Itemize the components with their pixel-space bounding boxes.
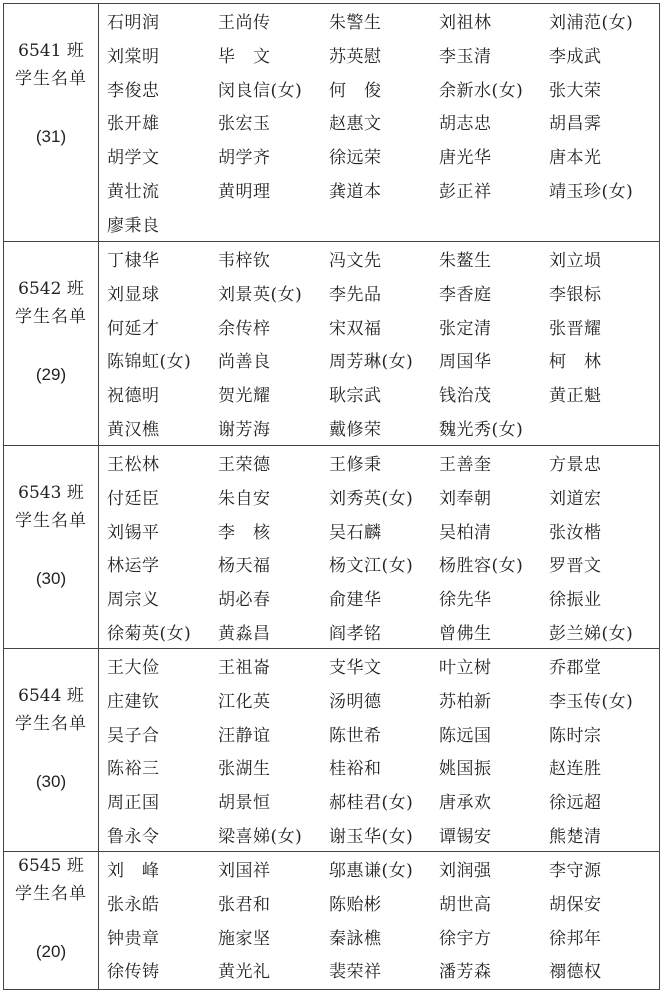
class-label-cell: 6544 班 学生名单 (30)	[4, 649, 99, 851]
class-section-6544: 6544 班 学生名单 (30) 王大俭王祖崙支华文叶立树乔郡堂庄建钦江化英汤明…	[4, 649, 659, 852]
student-name: 谢玉华(女)	[329, 821, 439, 855]
student-count: (30)	[36, 565, 66, 593]
student-name: 陈裕三	[107, 753, 218, 787]
student-name: 钱治茂	[439, 380, 549, 414]
student-name: 胡昌霁	[549, 108, 663, 142]
student-name: 杨天福	[218, 550, 329, 584]
student-name: 李守源	[549, 855, 663, 889]
student-name: 刘棠明	[107, 41, 218, 75]
name-grid: 王松林王荣德王修秉王善奎方景忠付廷臣朱自安刘秀英(女)刘奉朝刘道宏刘锡平李 核吴…	[99, 446, 663, 648]
student-name: 周正国	[107, 787, 218, 821]
student-name: 苏柏新	[439, 686, 549, 720]
student-name: 李玉传(女)	[549, 686, 663, 720]
student-name: 王松林	[107, 449, 218, 483]
roster-title: 学生名单	[15, 507, 87, 535]
student-name: 乔郡堂	[549, 652, 663, 686]
student-count: (30)	[36, 768, 66, 796]
student-name: 魏光秀(女)	[439, 414, 549, 448]
student-name: 赵连胜	[549, 753, 663, 787]
student-name: 廖秉良	[107, 210, 218, 244]
student-name: 朱警生	[329, 7, 439, 41]
student-name: 姚国振	[439, 753, 549, 787]
student-name: 吴子合	[107, 720, 218, 754]
student-name: 李成武	[549, 41, 663, 75]
student-name: 黄正魁	[549, 380, 663, 414]
student-name: 杨胜容(女)	[439, 550, 549, 584]
student-name: 胡必春	[218, 584, 329, 618]
student-name: 朱自安	[218, 483, 329, 517]
student-name: 张汝楷	[549, 517, 663, 551]
student-name: 刘道宏	[549, 483, 663, 517]
student-name: 钟贵章	[107, 923, 218, 957]
roster-title: 学生名单	[15, 65, 87, 93]
student-count: (20)	[36, 938, 66, 966]
student-name: 俞建华	[329, 584, 439, 618]
student-name: 江化英	[218, 686, 329, 720]
student-name: 周国华	[439, 346, 549, 380]
student-name: 彭兰娣(女)	[549, 618, 663, 652]
student-name: 戴修荣	[329, 414, 439, 448]
student-name: 叶立树	[439, 652, 549, 686]
student-name: 黄淼昌	[218, 618, 329, 652]
student-name: 禤德权	[549, 956, 663, 990]
student-name: 祝德明	[107, 380, 218, 414]
student-name: 唐承欢	[439, 787, 549, 821]
student-name: 张宏玉	[218, 108, 329, 142]
name-grid: 刘 峰刘国祥邬惠谦(女)刘润强李守源张永皓张君和陈贻彬胡世高胡保安钟贵章施家坚秦…	[99, 852, 663, 989]
student-name: 周芳琳(女)	[329, 346, 439, 380]
student-name: 贺光耀	[218, 380, 329, 414]
student-name: 李玉清	[439, 41, 549, 75]
student-name: 胡学文	[107, 142, 218, 176]
student-name: 朱鳌生	[439, 245, 549, 279]
student-name: 赵惠文	[329, 108, 439, 142]
student-name: 王大俭	[107, 652, 218, 686]
student-name: 李俊忠	[107, 75, 218, 109]
student-name: 韦梓钦	[218, 245, 329, 279]
student-name: 徐振业	[549, 584, 663, 618]
class-section-6542: 6542 班 学生名单 (29) 丁棣华韦梓钦冯文先朱鳌生刘立埙刘显球刘景英(女…	[4, 242, 659, 446]
student-name: 胡志忠	[439, 108, 549, 142]
student-name: 徐邦年	[549, 923, 663, 957]
student-name: 刘秀英(女)	[329, 483, 439, 517]
student-name: 张君和	[218, 889, 329, 923]
student-name: 刘奉朝	[439, 483, 549, 517]
student-name: 苏英慰	[329, 41, 439, 75]
student-name: 杨文江(女)	[329, 550, 439, 584]
student-name: 刘润强	[439, 855, 549, 889]
student-name: 宋双福	[329, 313, 439, 347]
student-name: 谢芳海	[218, 414, 329, 448]
student-name: 龚道本	[329, 176, 439, 210]
student-name: 方景忠	[549, 449, 663, 483]
student-name: 张开雄	[107, 108, 218, 142]
student-name: 刘立埙	[549, 245, 663, 279]
student-roster-table: 6541 班 学生名单 (31) 石明润王尚传朱警生刘祖林刘浦范(女)刘棠明毕 …	[3, 3, 660, 990]
class-section-6543: 6543 班 学生名单 (30) 王松林王荣德王修秉王善奎方景忠付廷臣朱自安刘秀…	[4, 446, 659, 649]
class-label-cell: 6542 班 学生名单 (29)	[4, 242, 99, 445]
student-name: 罗晋文	[549, 550, 663, 584]
student-count: (29)	[36, 361, 66, 389]
student-name: 裴荣祥	[329, 956, 439, 990]
name-grid: 石明润王尚传朱警生刘祖林刘浦范(女)刘棠明毕 文苏英慰李玉清李成武李俊忠闵良信(…	[99, 4, 663, 241]
student-name: 刘锡平	[107, 517, 218, 551]
student-name: 汪静谊	[218, 720, 329, 754]
class-id: 6545 班	[18, 852, 84, 880]
class-label-cell: 6545 班 学生名单 (20)	[4, 852, 99, 989]
student-name: 陈时宗	[549, 720, 663, 754]
student-name: 耿宗武	[329, 380, 439, 414]
student-name: 秦詠樵	[329, 923, 439, 957]
student-name: 周宗义	[107, 584, 218, 618]
student-name: 王修秉	[329, 449, 439, 483]
name-grid: 王大俭王祖崙支华文叶立树乔郡堂庄建钦江化英汤明德苏柏新李玉传(女)吴子合汪静谊陈…	[99, 649, 663, 851]
student-name: 徐传铸	[107, 956, 218, 990]
student-name: 郝桂君(女)	[329, 787, 439, 821]
student-name: 何 俊	[329, 75, 439, 109]
student-name: 胡世高	[439, 889, 549, 923]
student-name: 张湖生	[218, 753, 329, 787]
student-name: 冯文先	[329, 245, 439, 279]
student-name: 曾佛生	[439, 618, 549, 652]
student-name: 支华文	[329, 652, 439, 686]
roster-title: 学生名单	[15, 303, 87, 331]
class-id: 6542 班	[18, 275, 84, 303]
student-name: 尚善良	[218, 346, 329, 380]
student-name: 徐远荣	[329, 142, 439, 176]
student-name: 唐光华	[439, 142, 549, 176]
roster-title: 学生名单	[15, 880, 87, 908]
student-name: 鲁永令	[107, 821, 218, 855]
student-name: 唐本光	[549, 142, 663, 176]
student-name: 胡景恒	[218, 787, 329, 821]
student-count: (31)	[36, 123, 66, 151]
student-name: 丁棣华	[107, 245, 218, 279]
student-name: 黄明理	[218, 176, 329, 210]
student-name: 阎孝铭	[329, 618, 439, 652]
student-name: 陈远国	[439, 720, 549, 754]
student-name: 柯 林	[549, 346, 663, 380]
student-name: 刘国祥	[218, 855, 329, 889]
class-id: 6543 班	[18, 479, 84, 507]
student-name: 何延才	[107, 313, 218, 347]
student-name: 徐宇方	[439, 923, 549, 957]
student-name: 靖玉珍(女)	[549, 176, 663, 210]
student-name: 汤明德	[329, 686, 439, 720]
student-name: 李 核	[218, 517, 329, 551]
class-label-cell: 6541 班 学生名单 (31)	[4, 4, 99, 241]
student-name: 胡学齐	[218, 142, 329, 176]
student-name: 徐远超	[549, 787, 663, 821]
student-name: 陈锦虹(女)	[107, 346, 218, 380]
class-section-6541: 6541 班 学生名单 (31) 石明润王尚传朱警生刘祖林刘浦范(女)刘棠明毕 …	[4, 4, 659, 242]
student-name: 闵良信(女)	[218, 75, 329, 109]
student-name: 熊楚清	[549, 821, 663, 855]
student-name: 付廷臣	[107, 483, 218, 517]
student-name: 桂裕和	[329, 753, 439, 787]
student-name: 梁喜娣(女)	[218, 821, 329, 855]
student-name: 胡保安	[549, 889, 663, 923]
student-name: 张定清	[439, 313, 549, 347]
student-name: 黄壮流	[107, 176, 218, 210]
student-name: 施家坚	[218, 923, 329, 957]
student-name: 石明润	[107, 7, 218, 41]
class-id: 6541 班	[18, 37, 84, 65]
student-name: 陈贻彬	[329, 889, 439, 923]
roster-title: 学生名单	[15, 710, 87, 738]
student-name: 李香庭	[439, 279, 549, 313]
student-name: 王尚传	[218, 7, 329, 41]
student-name: 刘显球	[107, 279, 218, 313]
student-name: 余传梓	[218, 313, 329, 347]
student-name: 潘芳森	[439, 956, 549, 990]
class-section-6545: 6545 班 学生名单 (20) 刘 峰刘国祥邬惠谦(女)刘润强李守源张永皓张君…	[4, 852, 659, 989]
student-name: 谭锡安	[439, 821, 549, 855]
student-name: 张大荣	[549, 75, 663, 109]
student-name: 吴柏清	[439, 517, 549, 551]
student-name: 黄光礼	[218, 956, 329, 990]
student-name: 王荣德	[218, 449, 329, 483]
student-name: 王祖崙	[218, 652, 329, 686]
student-name: 刘浦范(女)	[549, 7, 663, 41]
student-name: 刘 峰	[107, 855, 218, 889]
class-id: 6544 班	[18, 682, 84, 710]
student-name: 邬惠谦(女)	[329, 855, 439, 889]
student-name: 张永皓	[107, 889, 218, 923]
student-name: 黄汉樵	[107, 414, 218, 448]
student-name: 毕 文	[218, 41, 329, 75]
student-name: 李银标	[549, 279, 663, 313]
student-name: 庄建钦	[107, 686, 218, 720]
student-name: 陈世希	[329, 720, 439, 754]
student-name: 彭正祥	[439, 176, 549, 210]
student-name: 余新水(女)	[439, 75, 549, 109]
student-name: 李先品	[329, 279, 439, 313]
student-name: 张晋耀	[549, 313, 663, 347]
student-name: 徐菊英(女)	[107, 618, 218, 652]
student-name: 刘祖林	[439, 7, 549, 41]
student-name: 徐先华	[439, 584, 549, 618]
student-name: 林运学	[107, 550, 218, 584]
student-name: 王善奎	[439, 449, 549, 483]
class-label-cell: 6543 班 学生名单 (30)	[4, 446, 99, 648]
student-name: 刘景英(女)	[218, 279, 329, 313]
student-name: 吴石麟	[329, 517, 439, 551]
name-grid: 丁棣华韦梓钦冯文先朱鳌生刘立埙刘显球刘景英(女)李先品李香庭李银标何延才余传梓宋…	[99, 242, 663, 445]
